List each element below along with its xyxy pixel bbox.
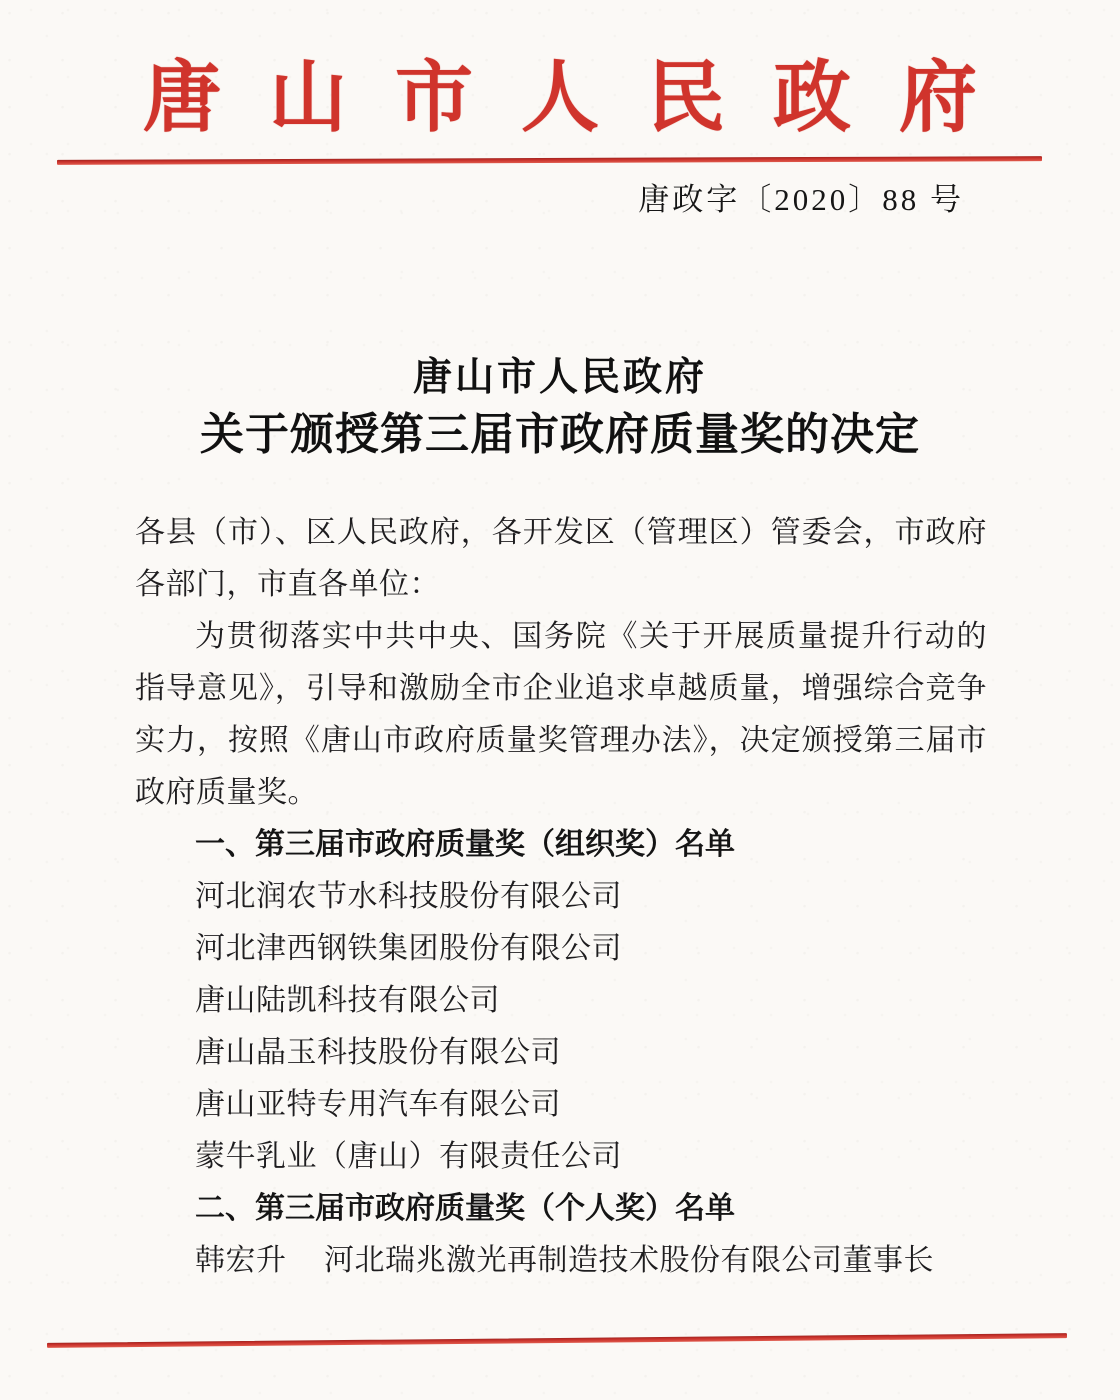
award-recipient-organization: 河北润农节水科技股份有限公司	[135, 871, 987, 923]
document-title-subject-line: 关于颁授第三届市政府质量奖的决定	[0, 409, 1120, 461]
decision-paragraph: 为贯彻落实中共中央、国务院《关于开展质量提升行动的指导意见》，引导和激励全市企业…	[135, 611, 987, 819]
letterhead-authority-name: 唐山市人民政府	[0, 52, 1120, 144]
award-recipient-organization: 唐山亚特专用汽车有限公司	[135, 1079, 987, 1131]
award-recipient-person: 韩宏升河北瑞兆激光再制造技术股份有限公司董事长	[135, 1235, 987, 1287]
addressee-line: 各县（市）、区人民政府，各开发区（管理区）管委会，市政府各部门，市直各单位：	[135, 507, 987, 611]
award-recipient-organization: 唐山晶玉科技股份有限公司	[135, 1027, 987, 1079]
footer-divider-rule	[47, 1333, 1067, 1348]
award-recipient-organization: 河北津西钢铁集团股份有限公司	[135, 923, 987, 975]
award-recipient-person-position: 河北瑞兆激光再制造技术股份有限公司董事长	[324, 1244, 934, 1277]
document-title-authority-line: 唐山市人民政府	[0, 354, 1120, 402]
award-recipient-person-name: 韩宏升	[195, 1244, 287, 1277]
award-recipient-organization: 唐山陆凯科技有限公司	[135, 975, 987, 1027]
document-reference-number: 唐政字〔2020〕88 号	[638, 180, 964, 220]
section-heading-organization-award: 一、第三届市政府质量奖（组织奖）名单	[135, 819, 987, 871]
document-body: 各县（市）、区人民政府，各开发区（管理区）管委会，市政府各部门，市直各单位： 为…	[135, 507, 987, 1287]
document-title: 唐山市人民政府 关于颁授第三届市政府质量奖的决定	[0, 354, 1120, 461]
letterhead-divider-rule	[57, 156, 1042, 165]
section-heading-individual-award: 二、第三届市政府质量奖（个人奖）名单	[135, 1183, 987, 1235]
award-recipient-organization: 蒙牛乳业（唐山）有限责任公司	[135, 1131, 987, 1183]
scanned-document-page: 唐山市人民政府 唐政字〔2020〕88 号 唐山市人民政府 关于颁授第三届市政府…	[0, 0, 1120, 1400]
